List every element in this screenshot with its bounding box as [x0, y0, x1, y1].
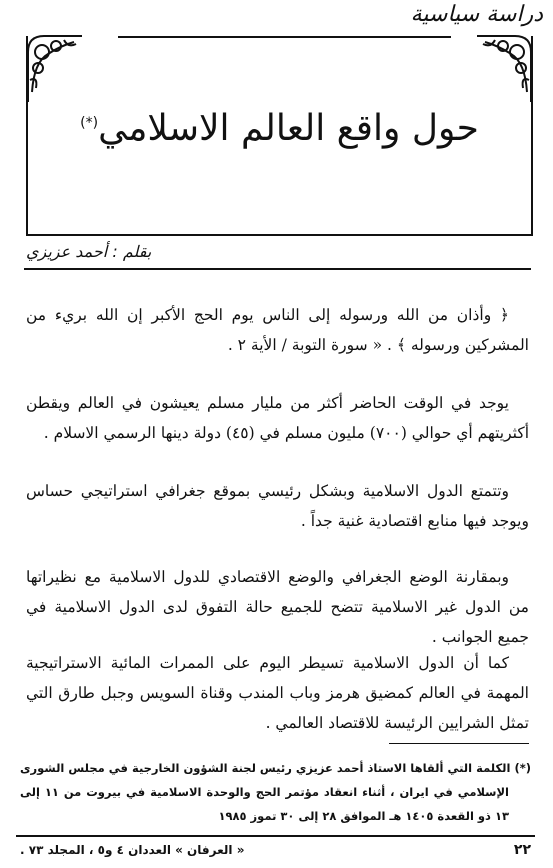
paragraph-population: يوجد في الوقت الحاضر أكثر من مليار مسلم … [26, 388, 529, 448]
title-frame: حول واقع العالم الاسلامي(*) [26, 36, 533, 236]
page-number: ٢٢ [514, 842, 531, 858]
footer-divider [16, 835, 535, 837]
paragraph-text: وبمقارنة الوضع الجغرافي والوضع الاقتصادي… [26, 562, 529, 652]
article-title-text: حول واقع العالم الاسلامي [98, 108, 479, 149]
paragraph-text: كما أن الدول الاسلامية تسيطر اليوم على ا… [26, 648, 529, 738]
title-footnote-marker: (*) [80, 115, 98, 131]
paragraph-comparison: وبمقارنة الوضع الجغرافي والوضع الاقتصادي… [26, 562, 529, 652]
section-label: دراسة سياسية [411, 2, 543, 27]
byline-divider [24, 268, 531, 270]
paragraph-quran-verse: ﴿ وأذان من الله ورسوله إلى الناس يوم الح… [26, 300, 529, 360]
article-title: حول واقع العالم الاسلامي(*) [28, 108, 531, 149]
ornament-corner-left-icon [24, 32, 84, 104]
frame-top-rule [118, 36, 451, 38]
paragraph-waterways: كما أن الدول الاسلامية تسيطر اليوم على ا… [26, 648, 529, 738]
byline: بقلم : أحمد عزيزي [26, 242, 151, 261]
page-footer: ٢٢ « العرفان » العددان ٤ و٥ ، المجلد ٧٣ … [16, 842, 535, 862]
journal-reference: « العرفان » العددان ٤ و٥ ، المجلد ٧٣ . [20, 843, 244, 857]
paragraph-text: وتتمتع الدول الاسلامية وبشكل رئيسي بموقع… [26, 476, 529, 536]
paragraph-geography: وتتمتع الدول الاسلامية وبشكل رئيسي بموقع… [26, 476, 529, 536]
ornament-corner-right-icon [475, 32, 535, 104]
paragraph-text: ﴿ وأذان من الله ورسوله إلى الناس يوم الح… [26, 300, 529, 360]
footnote-text: (*) الكلمة التي ألقاها الاستاذ أحمد عزيز… [20, 756, 531, 828]
paragraph-text: يوجد في الوقت الحاضر أكثر من مليار مسلم … [26, 388, 529, 448]
footnote: (*) الكلمة التي ألقاها الاستاذ أحمد عزيز… [20, 756, 531, 828]
footnote-divider [389, 743, 529, 744]
